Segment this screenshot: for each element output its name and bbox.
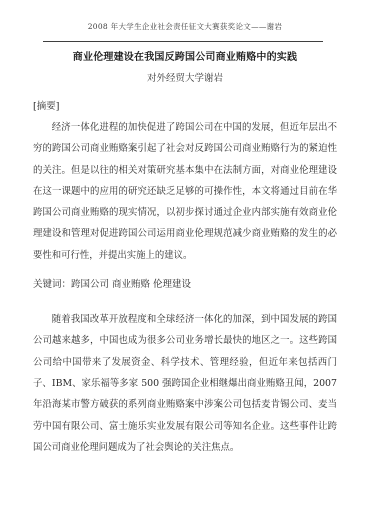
body-paragraph: 随着我国改革开放程度和全球经济一体化的加深，到中国发展的跨国公司越来越多，中国也… (33, 309, 337, 458)
header-divider (43, 41, 323, 42)
document-page: 2008 年大学生企业社会责任征文大赛获奖论文——谢岩 商业伦理建设在我国反跨国… (0, 0, 365, 516)
abstract-paragraph: 经济一体化进程的加快促进了跨国公司在中国的发展，但近年层出不穷的跨国公司商业贿赂… (33, 117, 337, 266)
document-header: 2008 年大学生企业社会责任征文大赛获奖论文——谢岩 (33, 21, 337, 32)
keywords-line: 关键词：跨国公司 商业贿赂 伦理建设 (33, 278, 337, 291)
author-line: 对外经贸大学谢岩 (33, 72, 337, 85)
page-title: 商业伦理建设在我国反跨国公司商业贿赂中的实践 (33, 51, 337, 64)
abstract-label: [摘要] (33, 100, 337, 113)
